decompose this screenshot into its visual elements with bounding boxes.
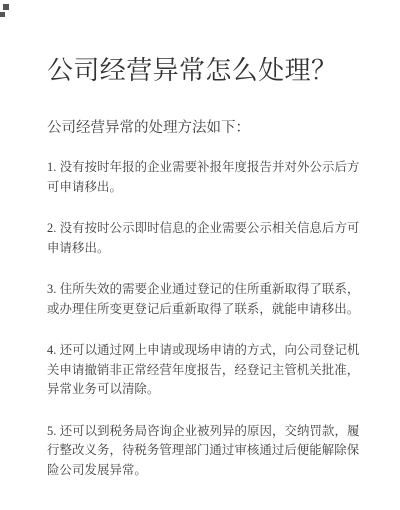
paragraph-3: 3. 住所失效的需要企业通过登记的住所重新取得了联系， 或办理住所变更登记后重新… [47, 280, 366, 319]
paragraph-1: 1. 没有按时年报的企业需要补报年度报告并对外公示后方 可申请移出。 [47, 158, 366, 197]
paragraph-2: 2. 没有按时公示即时信息的企业需要公示相关信息后方可 申请移出。 [47, 219, 366, 258]
corner-artifact-marks [0, 0, 12, 18]
intro-line: 公司经营异常的处理方法如下： [47, 118, 366, 139]
paragraph-5: 5. 还可以到税务局咨询企业被列异的原因，交纳罚款，履 行整改义务，待税务管理部… [47, 422, 366, 481]
corner-mark-top [3, 4, 9, 10]
corner-mark-bottom [0, 12, 5, 17]
paragraph-4: 4. 还可以通过网上申请或现场申请的方式，向公司登记机 关申请撤销非正常经营年度… [47, 341, 366, 400]
page-title: 公司经营异常怎么处理？ [47, 52, 366, 90]
article-page: 公司经营异常怎么处理？ 公司经营异常的处理方法如下： 1. 没有按时年报的企业需… [0, 0, 400, 510]
